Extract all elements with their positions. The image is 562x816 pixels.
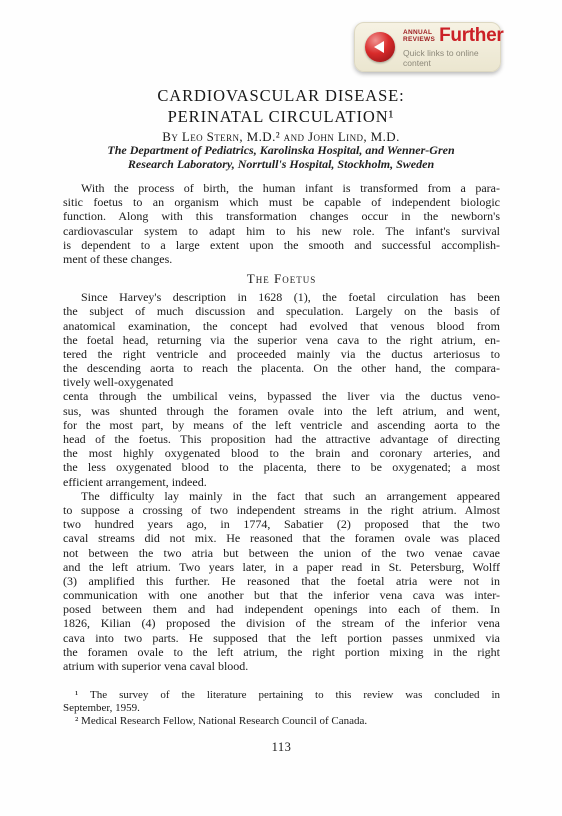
text-line: atrium with superior vena caval blood.	[63, 659, 500, 673]
text-line: anatomical examination, the concept had …	[63, 319, 500, 333]
scanned-paper-page: ANNUAL REVIEWS Further Quick links to on…	[0, 0, 562, 816]
text-line: not between the two atria but between th…	[63, 546, 500, 560]
text-line: efficient arrangement, indeed.	[63, 475, 500, 489]
text-line: to suppose a crossing of two independent…	[63, 503, 500, 517]
text-line: the most highly oxygenated blood to the …	[63, 446, 500, 460]
article-title: CARDIOVASCULAR DISEASE: PERINATAL CIRCUL…	[0, 85, 562, 127]
text-line: With the process of birth, the human inf…	[63, 181, 500, 195]
annual-reviews-further-badge[interactable]: ANNUAL REVIEWS Further Quick links to on…	[354, 22, 501, 72]
text-line: is dependent to a large extent upon the …	[63, 238, 500, 252]
text-line: (3) amplified this further. He reasoned …	[63, 574, 500, 588]
text-line: centa through the umbilical veins, bypas…	[63, 389, 500, 403]
paragraph-difficulty: The difficulty lay mainly in the fact th…	[63, 489, 500, 673]
text-line: two hundred years ago, in 1774, Sabatier…	[63, 517, 500, 531]
text-line: 1826, Kilian (4) proposed the division o…	[63, 616, 500, 630]
text-line: the less oxygenated blood to the placent…	[63, 460, 500, 474]
affiliation-line2: Research Laboratory, Norrtull's Hospital…	[0, 158, 562, 172]
text-line: Since Harvey's description in 1628 (1), …	[63, 290, 500, 304]
text-line: sus, was shunted through the foramen ova…	[63, 404, 500, 418]
badge-tagline: Quick links to online content	[403, 48, 503, 68]
text-line: ² Medical Research Fellow, National Rese…	[63, 715, 500, 728]
text-line: The difficulty lay mainly in the fact th…	[63, 489, 500, 503]
text-line: the foetal head, returning via the super…	[63, 333, 500, 347]
text-line: for the most part, by means of the left …	[63, 418, 500, 432]
text-line: posed between them and had independent o…	[63, 602, 500, 616]
text-line: the subject of much discussion and specu…	[63, 304, 500, 318]
title-line1: CARDIOVASCULAR DISEASE:	[0, 85, 562, 106]
left-play-arrow-icon	[365, 32, 395, 62]
page-number: 113	[63, 740, 500, 755]
badge-text-block: ANNUAL REVIEWS Further Quick links to on…	[403, 26, 503, 68]
text-line: tered the right ventricle and proceeded …	[63, 347, 500, 361]
text-line: cardiovascular system to adapt him to hi…	[63, 224, 500, 238]
annual-reviews-brand: ANNUAL REVIEWS	[403, 29, 435, 43]
brand-line2: REVIEWS	[403, 36, 435, 43]
further-wordmark: Further	[439, 26, 503, 45]
title-line2: PERINATAL CIRCULATION¹	[0, 106, 562, 127]
affiliation-line1: The Department of Pediatrics, Karolinska…	[0, 144, 562, 158]
text-line: the descending aorta to reach the placen…	[63, 361, 500, 375]
text-line: communication with one another but that …	[63, 588, 500, 602]
text-line: tively well-oxygenated	[63, 375, 500, 389]
affiliation: The Department of Pediatrics, Karolinska…	[0, 144, 562, 171]
brand-line1: ANNUAL	[403, 29, 435, 36]
text-line: ¹ The survey of the literature pertainin…	[63, 689, 500, 702]
text-line: the foramen ovale to the left atrium, th…	[63, 645, 500, 659]
paragraph-foetal-circulation: Since Harvey's description in 1628 (1), …	[63, 290, 500, 489]
section-heading-the-foetus: The Foetus	[63, 272, 500, 286]
text-line: ment of these changes.	[63, 252, 500, 266]
paragraph-intro: With the process of birth, the human inf…	[63, 181, 500, 266]
text-line: caval streams did not mix. He reasoned t…	[63, 531, 500, 545]
body-column: With the process of birth, the human inf…	[63, 181, 500, 755]
text-line: head of the foetus. This proposition had…	[63, 432, 500, 446]
text-line: sitic foetus to an organism which must b…	[63, 195, 500, 209]
text-line: and the left atrium. Two years later, in…	[63, 560, 500, 574]
text-line: function. Along with this transformation…	[63, 209, 500, 223]
left-triangle-glyph	[374, 41, 384, 53]
text-line: September, 1959.	[63, 702, 500, 715]
text-line: cava into two parts. He supposed that th…	[63, 631, 500, 645]
footnotes: ¹ The survey of the literature pertainin…	[63, 689, 500, 727]
